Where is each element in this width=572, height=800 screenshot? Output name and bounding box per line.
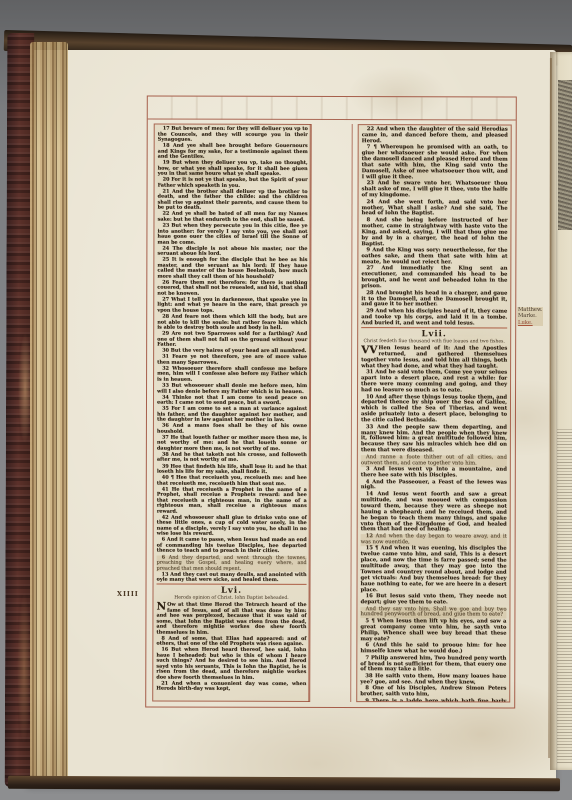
verse-paragraph: 36 And a mans foes shall be they of his … [157, 424, 307, 435]
verse-number: 20 [163, 177, 170, 183]
verse-paragraph: 7 ¶ Whereupon he promised with an oath, … [362, 145, 508, 181]
verse-number: 3 [366, 466, 370, 472]
verse-number: 32 [162, 365, 169, 371]
verse-paragraph: 35 For I am come to set a man at varianc… [157, 407, 307, 424]
verse-paragraph: 27 And immediatly the King sent an execu… [361, 266, 507, 290]
verse-paragraph: 5 ¶ When Iesus then lift vp his eyes, an… [360, 619, 506, 643]
verse-number: 19 [163, 160, 170, 166]
verse-number: 26 [162, 279, 169, 285]
verse-number: 41 [162, 486, 169, 492]
verse-number: 7 [367, 144, 371, 150]
verse-paragraph: 22 And when the daughter of the said Her… [362, 127, 508, 145]
verse-paragraph: 27 What I tell you in darkenesse, that s… [157, 297, 307, 314]
verse-paragraph: 40 ¶ Hee that receiueth you, receiueth m… [157, 476, 307, 487]
verse-paragraph: 23 And he sware vnto her, Whatsoeuer tho… [362, 181, 508, 199]
verse-number: 27 [162, 296, 169, 302]
folio-signature: XIIII [117, 590, 139, 598]
column-divider-line-right [350, 124, 353, 702]
verse-number: 4 [366, 479, 370, 485]
section-heading: Lvii. [361, 329, 507, 339]
left-text-column: 17 But beware of men: for they will deli… [152, 124, 312, 702]
verse-number: 8 [161, 635, 164, 641]
verse-paragraph: And they say vnto him, Shall we goe and … [360, 607, 506, 619]
verse-number: 6 [365, 642, 369, 648]
verse-number: 31 [366, 369, 373, 375]
verse-number: 8 [365, 685, 369, 691]
verse-number: 16 [161, 647, 168, 653]
verse-paragraph: 29 Are not two Sparrowes sold for a fart… [157, 332, 307, 349]
verse-paragraph: 4 And the Passeouer, a Feast of the Iewe… [361, 480, 507, 492]
verse-paragraph: 38 And he that taketh not his crosse, an… [157, 453, 307, 464]
verse-paragraph: 26 Feare them not therefore: for there i… [157, 280, 307, 297]
verse-paragraph: 29 And when his disciples heard of it, t… [361, 309, 507, 329]
verse-paragraph: 31 And he said vnto them, Come yee your … [361, 370, 507, 394]
verse-number: 22 [162, 211, 169, 217]
verse-paragraph: 25 It is enough for the disciple that he… [157, 258, 307, 280]
verse-paragraph: 18 And yee shall bee brought before Goue… [158, 144, 308, 161]
verse-number: 5 [365, 618, 369, 624]
verse-paragraph: 31 Feare ye not therefore, yee are of mo… [157, 355, 307, 366]
section-heading: Lvi. [156, 586, 306, 596]
verse-paragraph: 16 But Iesus said vnto them, They neede … [360, 594, 506, 606]
verse-number: 18 [163, 143, 170, 149]
margin-note-line-luke: Luke. [518, 320, 542, 326]
verse-paragraph: 21 And the brother shall deliuer vp the … [157, 189, 307, 211]
verse-number: 22 [367, 126, 374, 132]
verse-paragraph: 7 Philip answered him, Two hundred peny … [360, 656, 506, 674]
verse-number: 28 [366, 290, 373, 296]
verse-number: 9 [366, 247, 370, 253]
verse-number: 34 [162, 394, 169, 400]
gutter-page-edges [30, 42, 68, 780]
ruled-frame: 17 But beware of men: for they will deli… [145, 96, 517, 709]
verse-paragraph: 15 ¶ And when it was euening, his discip… [360, 546, 506, 594]
verse-number: 38 [365, 673, 372, 679]
next-page-engraving [558, 80, 572, 230]
verse-number: 36 [162, 423, 169, 429]
verse-number: 24 [162, 245, 169, 251]
verse-number: 8 [366, 217, 370, 223]
margin-reference-note: Matthew. Marke. Luke. [517, 307, 543, 326]
verse-number: 17 [163, 126, 170, 132]
verse-number: 33 [366, 424, 373, 430]
header-band [148, 97, 516, 121]
verse-number: 7 [365, 655, 369, 661]
verse-paragraph: 28 And brought his head in a charger, an… [361, 291, 507, 309]
photo-backdrop: 17 But beware of men: for they will deli… [0, 0, 572, 800]
verse-number: 35 [162, 406, 169, 412]
verse-paragraph: 6 And they departed, and went through th… [157, 555, 307, 572]
verse-paragraph: 8 And she being before instructed of her… [361, 218, 507, 248]
verse-number: 9 [365, 698, 369, 703]
verse-number: 15 [366, 545, 373, 551]
verse-number: 14 [366, 491, 373, 497]
verse-paragraph: 14 And Iesus went foorth and saw a great… [361, 492, 507, 534]
verse-paragraph: 32 Whosoeuer therefore shall confesse me… [157, 366, 307, 383]
verse-number: 16 [365, 593, 372, 599]
verse-paragraph: 37 He that loueth father or mother more … [157, 435, 307, 452]
verse-paragraph: 33 But whosoeuer shall denie me before m… [157, 384, 307, 395]
section-subtitle: Herods opinion of Christ. Iohn Baptist b… [156, 596, 306, 602]
verse-number: 6 [162, 537, 165, 543]
verse-paragraph: 8 One of his Disciples, Andrew Simon Pet… [360, 686, 506, 698]
verse-number: 29 [366, 308, 373, 314]
verse-number: 42 [162, 514, 169, 520]
verse-number: 39 [162, 463, 169, 469]
section-opening-paragraph: NOw at that time Herod the Tetrarch hear… [156, 603, 306, 636]
section-opening-paragraph: VVHen Iesus heard of it: And the Apostle… [361, 346, 507, 370]
verse-paragraph: 41 He that receiueth a Prophet in the na… [157, 487, 307, 515]
verse-number: 37 [162, 434, 169, 440]
verse-paragraph: 10 And after these things Iesus tooke th… [361, 395, 507, 425]
verse-number: 28 [162, 314, 169, 320]
verse-number: 23 [162, 223, 169, 229]
verse-number: 25 [162, 257, 169, 263]
verse-paragraph: 17 But beware of men: for they will deli… [158, 127, 308, 144]
verse-paragraph: 9 There is a ladde here which hath fiue … [360, 699, 506, 703]
verse-number: 33 [162, 383, 169, 389]
verse-paragraph: 13 And they cast out many deuils, and an… [157, 572, 307, 585]
verse-paragraph: 24 And she went forth, and said vnto her… [361, 200, 507, 218]
verse-paragraph: 16 But when Herod heard thereof, hee sai… [156, 648, 306, 681]
drop-cap: N [156, 603, 166, 613]
verse-paragraph: 28 And feare not them which kill the bod… [157, 315, 307, 332]
verse-number: 23 [367, 180, 374, 186]
verse-paragraph: 9 And the King was sory: neuerthelesse, … [361, 248, 507, 266]
verse-number: 21 [161, 680, 168, 686]
bottom-book-edge [8, 776, 560, 791]
verse-paragraph: 20 For it is not ye that speake, but the… [158, 178, 308, 189]
verse-paragraph: 42 And whosoeuer shall giue to drinke vn… [157, 515, 307, 537]
verse-number: 13 [162, 571, 169, 577]
verse-number: 40 [162, 475, 169, 481]
verse-paragraph: 6 (And this he said to prooue him: for h… [360, 643, 506, 655]
verse-number: 10 [366, 394, 373, 400]
verse-number: 12 [366, 533, 373, 539]
verse-number: 6 [162, 554, 165, 560]
verse-number: 31 [162, 354, 169, 360]
verse-paragraph: 23 But when they persecute you in this c… [157, 224, 307, 246]
verse-number: 29 [162, 331, 169, 337]
right-text-column: 22 And when the daughter of the said Her… [356, 124, 512, 702]
verse-number: 27 [366, 265, 373, 271]
verse-paragraph: 33 And the people saw them departing, an… [361, 425, 507, 455]
next-page-text [557, 428, 572, 763]
verse-paragraph: 21 And when a conuenient day was come, w… [156, 681, 306, 692]
verse-paragraph: 6 And it came to passe, when Iesus had m… [157, 538, 307, 555]
verse-number: 21 [163, 188, 170, 194]
verse-number: 38 [162, 452, 169, 458]
drop-cap: VV [361, 346, 377, 356]
verse-number: 24 [367, 199, 374, 205]
verse-paragraph: 19 But when they deliuer you vp, take no… [158, 161, 308, 178]
verse-paragraph: 3 And Iesus went vp into a mountaine, an… [361, 467, 507, 479]
